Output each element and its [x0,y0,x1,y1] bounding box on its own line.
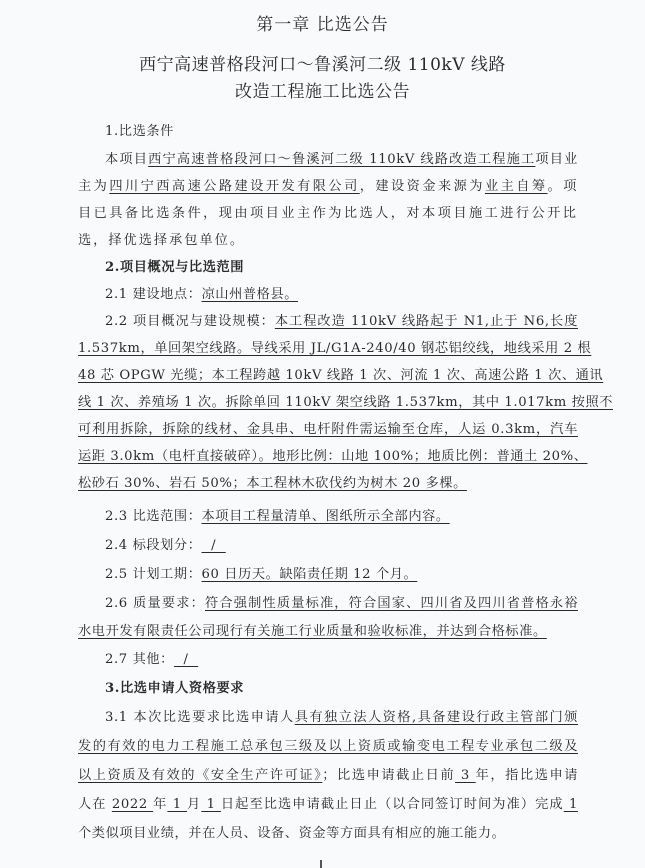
section-1-heading: 1.比选条件 [105,122,578,142]
document-title-line-2: 改造工程施工比选公告 [0,77,645,102]
item-3-1-line-3: 以上资质及有效的《安全生产许可证》；比选申请截止日前 3 年，指比选申请 [78,766,578,786]
item-2-2-line-5: 可利用拆除，拆除的线材、金具串、电杆附件需运输至仓库，人运 0.3km，汽车 [78,420,578,440]
construction-site: 凉山州普格县。 [202,287,299,302]
item-3-1-line-4: 人在 2022 年 1 月 1 日起至比选申请截止日止（以合同签订时间为准）完成… [78,795,578,815]
scope-value: 本项目工程量清单、图纸所示全部内容。 [202,509,450,524]
years-value: 3 [455,768,476,783]
start-day: 1 [201,797,221,812]
document-title-line-1: 西宁高速普格段河口～鲁溪河二级 110kV 线路 [0,50,645,75]
fund-source: 业主自筹 [485,179,548,194]
item-2-6-line-2: 水电开发有限责任公司现行有关施工行业质量和验收标准，并达到合格标准。 [78,622,578,642]
section-1-para-line-1: 本项目西宁高速普格段河口～鲁溪河二级 110kV 线路改造工程施工项目业 [105,150,578,170]
schedule-value: 60 日历天。缺陷责任期 12 个月。 [202,567,418,582]
item-2-1: 2.1 建设地点：凉山州普格县。 [105,285,578,305]
item-3-1-line-2: 发的有效的电力工程施工总承包三级及以上资质或输变电工程专业承包二级及 [78,737,578,757]
item-2-2-line-2: 1.537km，单回架空线路。导线采用 JL/G1A-240/40 钢芯铝绞线，… [78,339,578,359]
item-3-1-line-5: 个类似项目业绩，并在人员、设备、资金等方面具有相应的施工能力。 [78,824,578,844]
lot-division-value: / [202,538,226,553]
chapter-heading: 第一章 比选公告 [0,10,645,35]
start-month: 1 [167,797,187,812]
item-2-4: 2.4 标段划分： / [105,536,578,556]
other-value: / [174,652,198,667]
page-mark [320,860,322,868]
project-count: 1 [564,797,578,812]
document-page: 第一章 比选公告 西宁高速普格段河口～鲁溪河二级 110kV 线路 改造工程施工… [0,0,645,868]
section-3-heading: 3.比选申请人资格要求 [105,679,578,699]
owner-name: 四川宁西高速公路建设开发有限公司 [109,179,359,194]
section-1-para-line-2: 主为四川宁西高速公路建设开发有限公司，建设资金来源为业主自筹。项 [78,177,578,197]
project-name: 西宁高速普格段河口～鲁溪河二级 110kV 线路改造工程施工 [148,152,535,167]
item-2-2-line-7: 松砂石 30%、岩石 50%；本工程林木砍伐约为树木 20 多棵。 [78,474,578,494]
start-year: 2022 [112,797,153,812]
item-2-2-line-3: 48 芯 OPGW 光缆；本工程跨越 10kV 线路 1 次、河流 1 次、高速… [78,366,578,386]
section-2-heading: 2.项目概况与比选范围 [105,258,578,278]
section-1-para-line-4: 选，择优选择承包单位。 [78,231,578,251]
section-1-para-line-3: 目已具备比选条件，现由项目业主作为比选人，对本项目施工进行公开比 [78,204,578,224]
item-3-1-line-1: 3.1 本次比选要求比选申请人具有独立法人资格,具备建设行政主管部门颁 [105,708,578,728]
item-2-2-line-6: 运距 3.0km（电杆直接破碎）。地形比例：山地 100%；地质比例：普通土 2… [78,447,578,467]
item-2-6-line-1: 2.6 质量要求：符合强制性质量标准，符合国家、四川省及四川省普格永裕 [105,594,578,614]
item-2-3: 2.3 比选范围：本项目工程量清单、图纸所示全部内容。 [105,507,578,527]
item-2-5: 2.5 计划工期：60 日历天。缺陷责任期 12 个月。 [105,565,578,585]
item-2-7: 2.7 其他： / [105,650,578,670]
item-2-2-line-1: 2.2 项目概况与建设规模：本工程改造 110kV 线路起于 N1,止于 N6,… [105,312,578,332]
item-2-2-line-4: 线 1 次、养殖场 1 次。拆除单回 110kV 架空线路 1.537km，其中… [78,393,578,413]
